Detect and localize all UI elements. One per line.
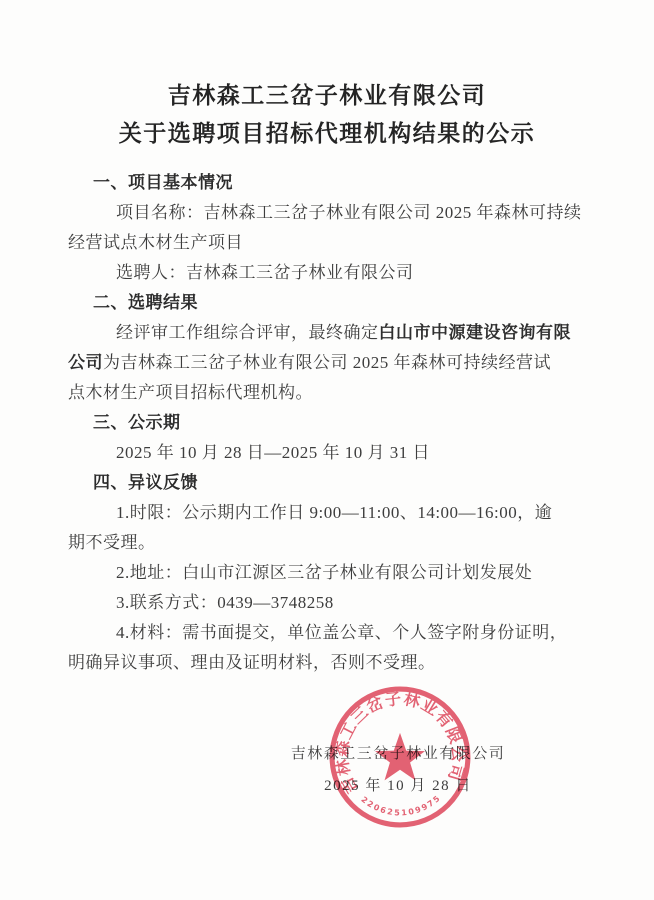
document-title: 吉林森工三岔子林业有限公司 关于选聘项目招标代理机构结果的公示 [0, 76, 654, 152]
result-text-post: 为吉林森工三岔子林业有限公司 2025 年森林可持续经营试 点木材生产项目招标代… [68, 353, 551, 402]
result-paragraph: 经评审工作组综合评审，最终确定白山市中源建设咨询有限 公司为吉林森工三岔子林业有… [68, 318, 608, 408]
section3-heading: 三、公示期 [68, 408, 608, 438]
document-page: 吉林森工三岔子林业有限公司 关于选聘项目招标代理机构结果的公示 一、项目基本情况… [0, 0, 654, 900]
feedback-item-materials: 4.材料：需书面提交，单位盖公章、个人签字附身份证明， 明确异议事项、理由及证明… [68, 618, 608, 678]
section4-heading: 四、异议反馈 [68, 468, 608, 498]
signature-date: 2025 年 10 月 28 日 [198, 770, 598, 802]
section2-heading: 二、选聘结果 [68, 288, 608, 318]
title-line-2: 关于选聘项目招标代理机构结果的公示 [0, 114, 654, 152]
result-text-pre: 经评审工作组综合评审，最终确定 [116, 323, 379, 342]
signature-block: 吉林森工三岔子林业有限公司 2025 年 10 月 28 日 [198, 738, 598, 802]
feedback-item-address: 2.地址：白山市江源区三岔子林业有限公司计划发展处 [68, 558, 608, 588]
document-body: 一、项目基本情况 项目名称：吉林森工三岔子林业有限公司 2025 年森林可持续 … [68, 168, 608, 678]
section1-heading: 一、项目基本情况 [68, 168, 608, 198]
project-name-paragraph: 项目名称：吉林森工三岔子林业有限公司 2025 年森林可持续 经营试点木材生产项… [68, 198, 608, 258]
feedback-item-contact: 3.联系方式：0439—3748258 [68, 588, 608, 618]
title-line-1: 吉林森工三岔子林业有限公司 [0, 76, 654, 114]
feedback-item-deadline: 1.时限：公示期内工作日 9:00—11:00、14:00—16:00，逾 期不… [68, 498, 608, 558]
publicity-period: 2025 年 10 月 28 日—2025 年 10 月 31 日 [68, 438, 608, 468]
employer-paragraph: 选聘人：吉林森工三岔子林业有限公司 [68, 258, 608, 288]
signature-company: 吉林森工三岔子林业有限公司 [198, 738, 598, 770]
